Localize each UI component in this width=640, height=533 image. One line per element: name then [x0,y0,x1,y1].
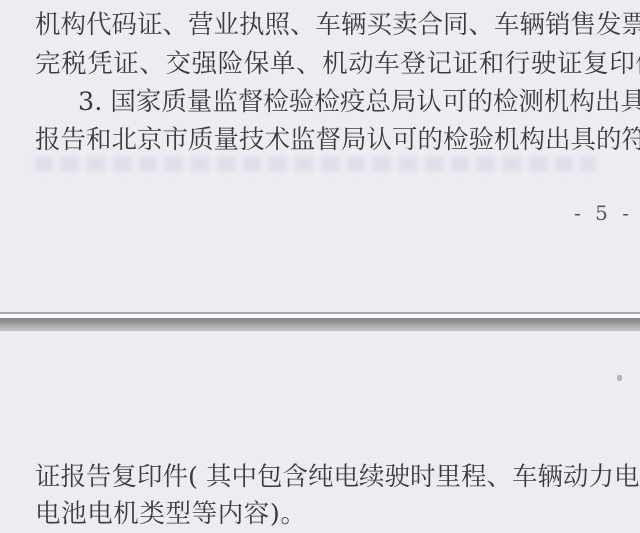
text-line-4: 报告和北京市质量技术监督局认可的检验机构出具的符合性验 [35,125,627,155]
text-line-continued-2: 电池电机类型等内容)。 [35,499,307,529]
scan-speck [617,375,622,381]
page-5: 机构代码证、营业执照、车辆买卖合同、车辆销售发票、购置税 完税凭证、交强险保单、… [0,0,640,312]
separator-band [0,318,640,331]
text-line-2: 完税凭证、交强险保单、机动车登记证和行驶证复印件。 [35,49,640,79]
page-separator [0,312,640,332]
bleed-through-text [35,156,595,172]
text-line-3-item-3: 3. 国家质量监督检验检疫总局认可的检测机构出具的检测 [78,87,627,117]
text-line-continued-1: 证报告复印件( 其中包含纯电续驶时里程、车辆动力电池组能量、 [35,462,627,492]
page-number: - 5 - [574,200,633,226]
text-line-1: 机构代码证、营业执照、车辆买卖合同、车辆销售发票、购置税 [35,10,627,40]
